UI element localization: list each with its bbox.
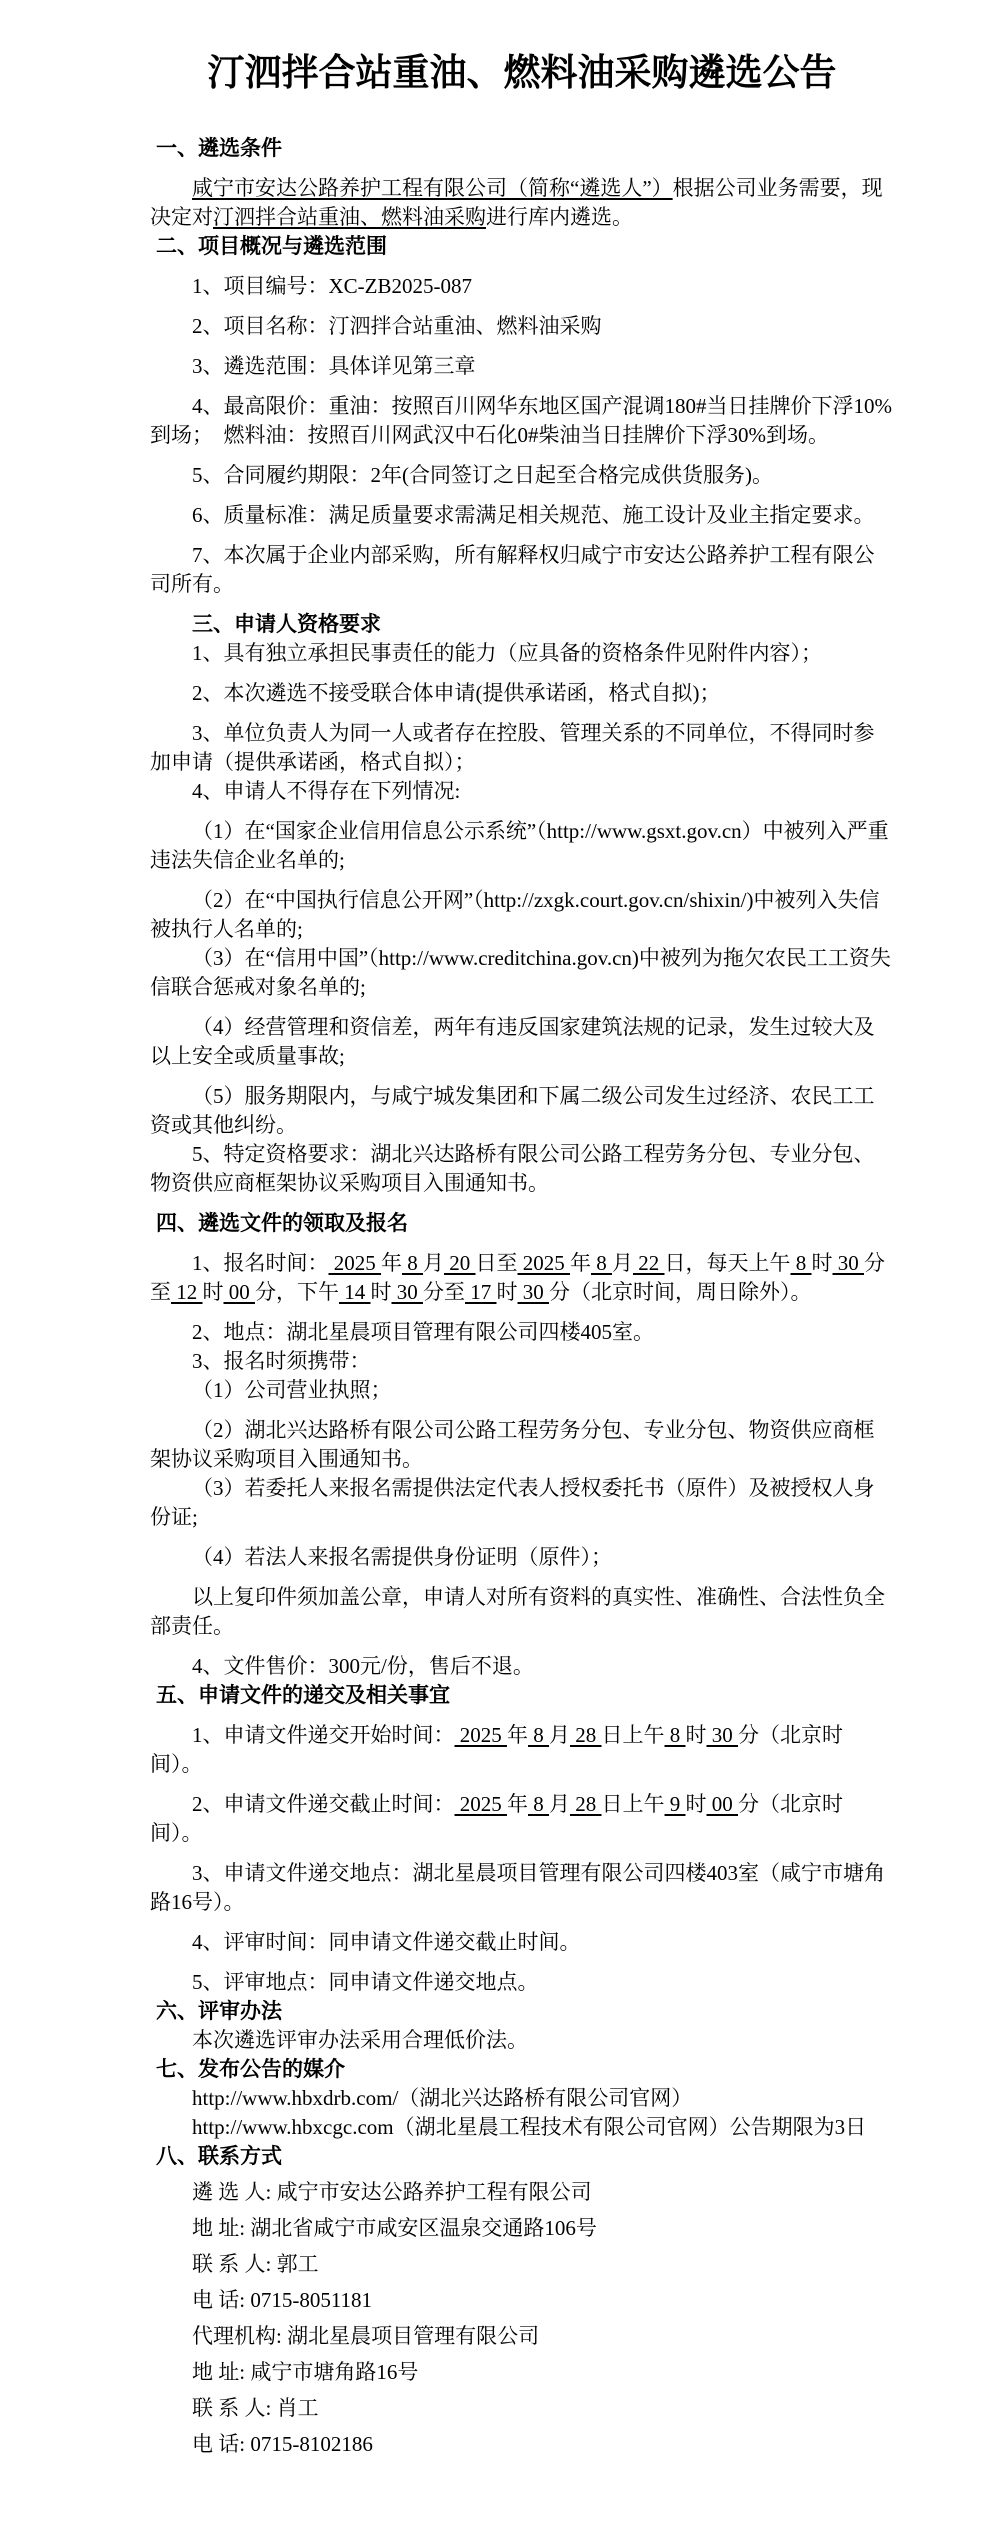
underlined-text: 8 xyxy=(528,1792,549,1816)
section-heading-5: 五、申请文件的递交及相关事宜 xyxy=(156,1681,894,1710)
text-segment: 2、项目名称：汀泗拌合站重油、燃料油采购 xyxy=(192,314,602,338)
item: 7、本次属于企业内部采购，所有解释权归咸宁市安达公路养护工程有限公司所有。 xyxy=(150,541,894,599)
text-segment: 代理机构: 湖北星晨项目管理有限公司 xyxy=(192,2324,539,2348)
item: 4、文件售价：300元/份，售后不退。 xyxy=(150,1652,894,1681)
text-segment: 日上午 xyxy=(602,1792,665,1816)
item: 本次遴选评审办法采用合理低价法。 xyxy=(150,2026,894,2055)
underlined-text: 8 xyxy=(665,1723,686,1747)
text-segment: 二、项目概况与遴选范围 xyxy=(156,235,387,258)
item: 4、评审时间：同申请文件递交截止时间。 xyxy=(150,1928,894,1957)
text-segment: 地 址: 湖北省咸宁市咸安区温泉交通路106号 xyxy=(192,2216,597,2240)
text-segment: （5）服务期限内，与咸宁城发集团和下属二级公司发生过经济、农民工工资或其他纠纷。 xyxy=(150,1084,875,1137)
contact-row: 代理机构: 湖北星晨项目管理有限公司 xyxy=(150,2322,894,2351)
text-segment: （3）若委托人来报名需提供法定代表人授权委托书（原件）及被授权人身份证; xyxy=(150,1476,875,1529)
text-segment: 日至 xyxy=(476,1251,518,1275)
text-segment: 7、本次属于企业内部采购，所有解释权归咸宁市安达公路养护工程有限公司所有。 xyxy=(150,543,875,596)
item: http://www.hbxdrb.com/（湖北兴达路桥有限公司官网） xyxy=(150,2084,894,2113)
item: 3、申请文件递交地点：湖北星晨项目管理有限公司四楼403室（咸宁市塘角路16号）… xyxy=(150,1859,894,1917)
underlined-text: 2025 xyxy=(329,1251,382,1275)
text-segment: http://www.hbxcgc.com（湖北星晨工程技术有限公司官网）公告期… xyxy=(192,2115,866,2139)
section-heading-3: 三、申请人资格要求 xyxy=(192,610,894,639)
intro-paragraph: 咸宁市安达公路养护工程有限公司（简称“遴选人”）根据公司业务需要，现决定对汀泗拌… xyxy=(150,174,894,232)
text-segment: 5、评审地点：同申请文件递交地点。 xyxy=(192,1970,539,1994)
text-segment: 电 话: 0715-8102186 xyxy=(192,2432,373,2456)
text-segment: 八、联系方式 xyxy=(156,2145,282,2168)
item: 1、申请文件递交开始时间： 2025 年 8 月 28 日上午 8 时 30 分… xyxy=(150,1721,894,1779)
underlined-text: 汀泗拌合站重油、燃料油采购 xyxy=(213,205,486,229)
section-heading-4: 四、遴选文件的领取及报名 xyxy=(156,1209,894,1238)
text-segment: 月 xyxy=(549,1792,570,1816)
text-segment: 3、申请文件递交地点：湖北星晨项目管理有限公司四楼403室（咸宁市塘角路16号）… xyxy=(150,1861,885,1914)
text-segment: 进行库内遴选。 xyxy=(486,205,633,229)
text-segment: 年 xyxy=(507,1723,528,1747)
underlined-text: 2025 xyxy=(518,1251,571,1275)
item: 2、项目名称：汀泗拌合站重油、燃料油采购 xyxy=(150,312,894,341)
text-segment: 三、申请人资格要求 xyxy=(192,613,381,636)
item: 以上复印件须加盖公章，申请人对所有资料的真实性、准确性、合法性负全部责任。 xyxy=(150,1583,894,1641)
text-segment: 时 xyxy=(812,1251,833,1275)
text-segment: （4）若法人来报名需提供身份证明（原件）； xyxy=(192,1545,612,1569)
text-segment: 1、具有独立承担民事责任的能力（应具备的资格条件见附件内容）； xyxy=(192,641,822,665)
contact-row: 电 话: 0715-8102186 xyxy=(150,2430,894,2459)
item: 6、质量标准：满足质量要求需满足相关规范、施工设计及业主指定要求。 xyxy=(150,501,894,530)
text-segment: 六、评审办法 xyxy=(156,2000,282,2023)
text-segment: （2）在“中国执行信息公开网”（http://zxgk.court.gov.cn… xyxy=(150,888,880,941)
underlined-text: 00 xyxy=(224,1280,256,1304)
text-segment: 4、最高限价：重油：按照百川网华东地区国产混调180#当日挂牌价下浮10%到场；… xyxy=(150,394,892,447)
text-segment: 月 xyxy=(612,1251,633,1275)
contact-row: 电 话: 0715-8051181 xyxy=(150,2286,894,2315)
text-segment: 2、申请文件递交截止时间： xyxy=(192,1792,455,1816)
item: （2）在“中国执行信息公开网”（http://zxgk.court.gov.cn… xyxy=(150,886,894,944)
text-segment: 时 xyxy=(203,1280,224,1304)
item: （4）若法人来报名需提供身份证明（原件）； xyxy=(150,1543,894,1572)
text-segment: 电 话: 0715-8051181 xyxy=(192,2288,372,2312)
text-segment: 分（北京时间，周日除外）。 xyxy=(549,1280,812,1304)
text-segment: 以上复印件须加盖公章，申请人对所有资料的真实性、准确性、合法性负全部责任。 xyxy=(150,1585,885,1638)
text-segment: 年 xyxy=(381,1251,402,1275)
contact-row: 地 址: 湖北省咸宁市咸安区温泉交通路106号 xyxy=(150,2214,894,2243)
text-segment: 3、报名时须携带： xyxy=(192,1349,371,1373)
item: 1、报名时间： 2025 年 8 月 20 日至 2025 年 8 月 22 日… xyxy=(150,1249,894,1307)
text-segment: （3）在“信用中国”（http://www.creditchina.gov.cn… xyxy=(150,946,891,999)
item: 2、地点：湖北星晨项目管理有限公司四楼405室。 xyxy=(150,1318,894,1347)
underlined-text: 17 xyxy=(465,1280,497,1304)
text-segment: 6、质量标准：满足质量要求需满足相关规范、施工设计及业主指定要求。 xyxy=(192,503,875,527)
text-segment: （4）经营管理和资信差，两年有违反国家建筑法规的记录，发生过较大及以上安全或质量… xyxy=(150,1015,875,1068)
underlined-text: 8 xyxy=(791,1251,812,1275)
underlined-text: 8 xyxy=(402,1251,423,1275)
text-segment: 月 xyxy=(423,1251,444,1275)
underlined-text: 14 xyxy=(339,1280,371,1304)
text-segment: 四、遴选文件的领取及报名 xyxy=(156,1212,408,1235)
section-heading-8: 八、联系方式 xyxy=(156,2142,894,2171)
underlined-text: 2025 xyxy=(455,1792,508,1816)
section-heading-1: 一、遴选条件 xyxy=(156,134,894,163)
item: 5、合同履约期限：2年(合同签订之日起至合格完成供货服务)。 xyxy=(150,461,894,490)
item: 5、特定资格要求：湖北兴达路桥有限公司公路工程劳务分包、专业分包、物资供应商框架… xyxy=(150,1140,894,1198)
item: （3）在“信用中国”（http://www.creditchina.gov.cn… xyxy=(150,944,894,1002)
text-segment: 5、合同履约期限：2年(合同签订之日起至合格完成供货服务)。 xyxy=(192,463,773,487)
text-segment: 联 系 人: 郭工 xyxy=(192,2252,319,2276)
item: 3、遴选范围：具体详见第三章 xyxy=(150,352,894,381)
text-segment: 一、遴选条件 xyxy=(156,137,282,160)
text-segment: 联 系 人: 肖工 xyxy=(192,2396,319,2420)
item: 5、评审地点：同申请文件递交地点。 xyxy=(150,1968,894,1997)
text-segment: 4、申请人不得存在下列情况: xyxy=(192,779,460,803)
text-segment: 五、申请文件的递交及相关事宜 xyxy=(156,1684,450,1707)
text-segment: （1）在“国家企业信用信息公示系统”（http://www.gsxt.gov.c… xyxy=(150,819,889,872)
text-segment: 本次遴选评审办法采用合理低价法。 xyxy=(192,2028,528,2052)
page-title: 汀泗拌合站重油、燃料油采购遴选公告 xyxy=(150,50,894,96)
underlined-text: 12 xyxy=(171,1280,203,1304)
text-segment: 4、评审时间：同申请文件递交截止时间。 xyxy=(192,1930,581,1954)
text-segment: 1、报名时间： xyxy=(192,1251,329,1275)
item: （1）公司营业执照； xyxy=(150,1376,894,1405)
text-segment: 时 xyxy=(497,1280,518,1304)
underlined-text: 20 xyxy=(444,1251,476,1275)
item: 3、单位负责人为同一人或者存在控股、管理关系的不同单位，不得同时参加申请（提供承… xyxy=(150,719,894,777)
underlined-text: 30 xyxy=(518,1280,550,1304)
underlined-text: 8 xyxy=(528,1723,549,1747)
document-body: 一、遴选条件咸宁市安达公路养护工程有限公司（简称“遴选人”）根据公司业务需要，现… xyxy=(150,134,894,2459)
underlined-text: 28 xyxy=(570,1792,602,1816)
text-segment: 2、地点：湖北星晨项目管理有限公司四楼405室。 xyxy=(192,1320,654,1344)
underlined-text: 30 xyxy=(707,1723,739,1747)
item: （3）若委托人来报名需提供法定代表人授权委托书（原件）及被授权人身份证; xyxy=(150,1474,894,1532)
text-segment: 5、特定资格要求：湖北兴达路桥有限公司公路工程劳务分包、专业分包、物资供应商框架… xyxy=(150,1142,875,1195)
document-page: 汀泗拌合站重油、燃料油采购遴选公告 一、遴选条件咸宁市安达公路养护工程有限公司（… xyxy=(150,50,894,2459)
contact-row: 联 系 人: 郭工 xyxy=(150,2250,894,2279)
text-segment: 遴 选 人: 咸宁市安达公路养护工程有限公司 xyxy=(192,2180,592,2204)
item: http://www.hbxcgc.com（湖北星晨工程技术有限公司官网）公告期… xyxy=(150,2113,894,2142)
text-segment: 1、项目编号：XC-ZB2025-087 xyxy=(192,274,472,298)
underlined-text: 00 xyxy=(707,1792,739,1816)
underlined-text: 9 xyxy=(665,1792,686,1816)
underlined-text: 30 xyxy=(392,1280,424,1304)
item: 1、项目编号：XC-ZB2025-087 xyxy=(150,272,894,301)
text-segment: http://www.hbxdrb.com/（湖北兴达路桥有限公司官网） xyxy=(192,2086,692,2110)
text-segment: 日上午 xyxy=(602,1723,665,1747)
item: （5）服务期限内，与咸宁城发集团和下属二级公司发生过经济、农民工工资或其他纠纷。 xyxy=(150,1082,894,1140)
contact-row: 地 址: 咸宁市塘角路16号 xyxy=(150,2358,894,2387)
underlined-text: 8 xyxy=(591,1251,612,1275)
underlined-text: 28 xyxy=(570,1723,602,1747)
underlined-text: 2025 xyxy=(455,1723,508,1747)
section-heading-7: 七、发布公告的媒介 xyxy=(156,2055,894,2084)
item: （1）在“国家企业信用信息公示系统”（http://www.gsxt.gov.c… xyxy=(150,817,894,875)
underlined-text: 咸宁市安达公路养护工程有限公司（简称“遴选人”） xyxy=(192,176,673,200)
text-segment: 时 xyxy=(686,1723,707,1747)
text-segment: 分，下午 xyxy=(255,1280,339,1304)
text-segment: （1）公司营业执照； xyxy=(192,1378,392,1402)
text-segment: 3、单位负责人为同一人或者存在控股、管理关系的不同单位，不得同时参加申请（提供承… xyxy=(150,721,875,774)
item: 3、报名时须携带： xyxy=(150,1347,894,1376)
text-segment: （2）湖北兴达路桥有限公司公路工程劳务分包、专业分包、物资供应商框架协议采购项目… xyxy=(150,1418,875,1471)
text-segment: 年 xyxy=(507,1792,528,1816)
section-heading-2: 二、项目概况与遴选范围 xyxy=(156,232,894,261)
contact-row: 遴 选 人: 咸宁市安达公路养护工程有限公司 xyxy=(150,2178,894,2207)
item: （4）经营管理和资信差，两年有违反国家建筑法规的记录，发生过较大及以上安全或质量… xyxy=(150,1013,894,1071)
text-segment: 月 xyxy=(549,1723,570,1747)
contact-row: 联 系 人: 肖工 xyxy=(150,2394,894,2423)
text-segment: 地 址: 咸宁市塘角路16号 xyxy=(192,2360,418,2384)
item: （2）湖北兴达路桥有限公司公路工程劳务分包、专业分包、物资供应商框架协议采购项目… xyxy=(150,1416,894,1474)
underlined-text: 22 xyxy=(633,1251,665,1275)
item: 4、申请人不得存在下列情况: xyxy=(150,777,894,806)
text-segment: 2、本次遴选不接受联合体申请(提供承诺函，格式自拟)； xyxy=(192,681,720,705)
item: 4、最高限价：重油：按照百川网华东地区国产混调180#当日挂牌价下浮10%到场；… xyxy=(150,392,894,450)
text-segment: 4、文件售价：300元/份，售后不退。 xyxy=(192,1654,534,1678)
text-segment: 七、发布公告的媒介 xyxy=(156,2058,345,2081)
item: 1、具有独立承担民事责任的能力（应具备的资格条件见附件内容）； xyxy=(150,639,894,668)
text-segment: 分至 xyxy=(423,1280,465,1304)
item: 2、申请文件递交截止时间： 2025 年 8 月 28 日上午 9 时 00 分… xyxy=(150,1790,894,1848)
text-segment: 1、申请文件递交开始时间： xyxy=(192,1723,455,1747)
text-segment: 时 xyxy=(371,1280,392,1304)
section-heading-6: 六、评审办法 xyxy=(156,1997,894,2026)
item: 2、本次遴选不接受联合体申请(提供承诺函，格式自拟)； xyxy=(150,679,894,708)
text-segment: 时 xyxy=(686,1792,707,1816)
underlined-text: 30 xyxy=(833,1251,865,1275)
text-segment: 3、遴选范围：具体详见第三章 xyxy=(192,354,476,378)
text-segment: 年 xyxy=(570,1251,591,1275)
text-segment: 日，每天上午 xyxy=(665,1251,791,1275)
